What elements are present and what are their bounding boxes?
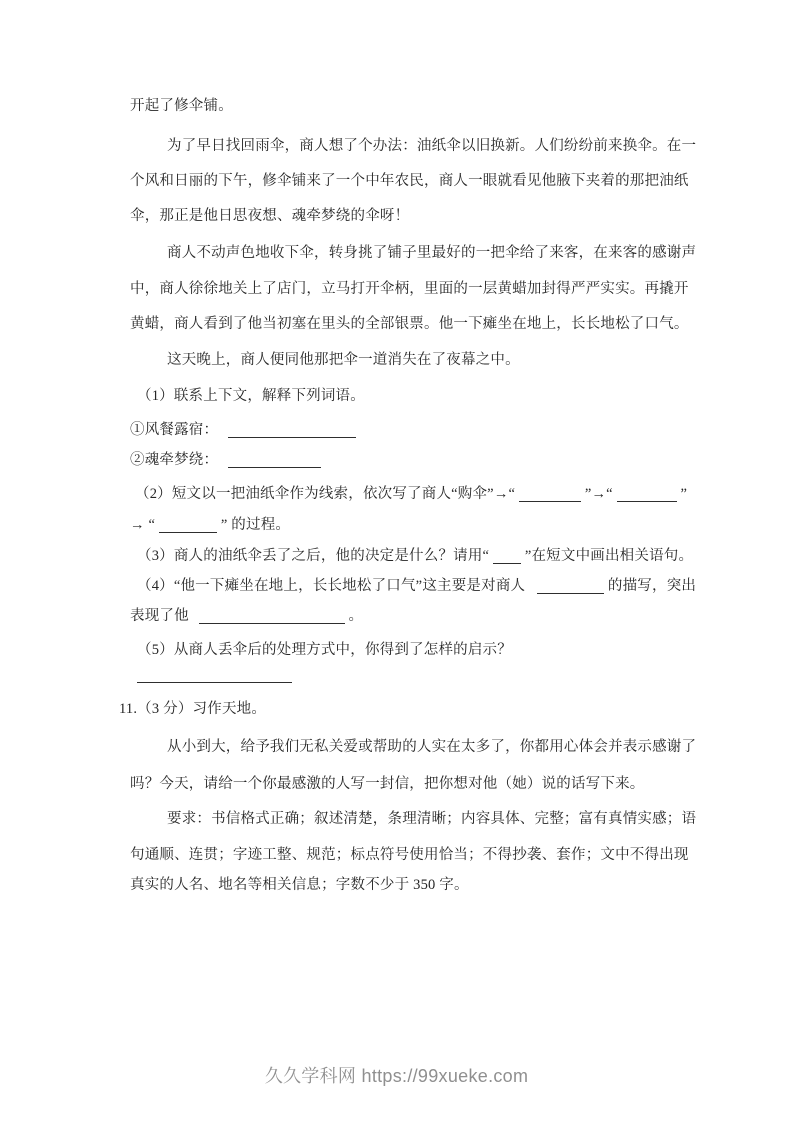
q1-item1-answer-blank — [228, 425, 356, 438]
q2-text-c: ” — [680, 486, 687, 502]
q2-text-b: ”→“ — [585, 486, 613, 502]
question-4-line-1: （4）“他一下瘫坐在地上，长长地松了口气”这主要是对商人 的描写，突出 — [137, 576, 696, 596]
question-3: （3）商人的油纸伞丢了之后，他的决定是什么？请用“ ”在短文中画出相关语句。 — [137, 546, 693, 566]
passage-line-8: 这天晚上，商人便同他那把伞一道消失在了夜幕之中。 — [167, 350, 520, 370]
q3-text-b: ”在短文中画出相关语句。 — [525, 548, 693, 564]
q4-answer-blank-1 — [537, 581, 604, 594]
q4-text-b: 的描写，突出 — [608, 578, 696, 594]
q4-text-c: 表现了他 — [130, 608, 189, 624]
site-watermark: 久久学科网 https://99xueke.com — [0, 1062, 793, 1088]
q2-answer-blank-3 — [159, 520, 217, 533]
question-1-item-2: ②魂牵梦绕： — [130, 450, 321, 470]
q2-text-e: ” 的过程。 — [221, 517, 290, 533]
question-11-header: 11.（3 分）习作天地。 — [119, 699, 266, 719]
q3-text-a: （3）商人的油纸伞丢了之后，他的决定是什么？请用“ — [137, 548, 489, 564]
q2-answer-blank-1 — [519, 489, 581, 502]
passage-line-6: 中，商人徐徐地关上了店门，立马打开伞柄，里面的一层黄蜡加封得严严实实。再撬开 — [130, 279, 689, 299]
question-2-line-2: → “ ” 的过程。 — [130, 515, 290, 535]
passage-line-1: 开起了修伞铺。 — [130, 96, 233, 116]
q5-answer-blank — [137, 668, 292, 683]
q11-requirements-line-3: 真实的人名、地名等相关信息；字数不少于 350 字。 — [130, 875, 469, 895]
question-2-line-1: （2）短文以一把油纸伞作为线索，依次写了商人“购伞”→“ ”→“ ” — [135, 484, 687, 504]
q4-text-d: 。 — [348, 608, 363, 624]
question-1-item-1: ①风餐露宿： — [130, 420, 356, 440]
q1-item1-label: ①风餐露宿： — [130, 422, 218, 438]
question-1-label: （1）联系上下文，解释下列词语。 — [137, 386, 365, 406]
q2-text-d: → “ — [130, 517, 155, 533]
q1-item2-label: ②魂牵梦绕： — [130, 452, 218, 468]
q4-answer-blank-2 — [199, 611, 345, 624]
exam-page: 开起了修伞铺。 为了早日找回雨伞，商人想了个办法：油纸伞以旧换新。人们纷纷前来换… — [0, 0, 793, 1122]
passage-line-2: 为了早日找回雨伞，商人想了个办法：油纸伞以旧换新。人们纷纷前来换伞。在一 — [167, 136, 696, 156]
question-5-label: （5）从商人丢伞后的处理方式中，你得到了怎样的启示？ — [137, 640, 512, 660]
passage-line-4: 伞，那正是他日思夜想、魂牵梦绕的伞呀！ — [130, 206, 409, 226]
passage-line-5: 商人不动声色地收下伞，转身挑了铺子里最好的一把伞给了来客，在来客的感谢声 — [167, 243, 696, 263]
q3-underline-mark — [493, 551, 521, 564]
q2-text-a: （2）短文以一把油纸伞作为线索，依次写了商人“购伞”→“ — [135, 486, 515, 502]
q4-text-a: （4）“他一下瘫坐在地上，长长地松了口气”这主要是对商人 — [137, 578, 525, 594]
q11-requirements-line-2: 句通顺、连贯；字迹工整、规范；标点符号使用恰当；不得抄袭、套作；文中不得出现 — [130, 845, 689, 865]
q1-item2-answer-blank — [228, 455, 321, 468]
passage-line-3: 个风和日丽的下午，修伞铺来了一个中年农民，商人一眼就看见他腋下夹着的那把油纸 — [130, 171, 689, 191]
q11-requirements-line-1: 要求：书信格式正确；叙述清楚，条理清晰；内容具体、完整；富有真情实感；语 — [167, 809, 696, 829]
question-4-line-2: 表现了他 。 — [130, 606, 363, 626]
q2-answer-blank-2 — [617, 489, 677, 502]
q11-prompt-line-1: 从小到大，给予我们无私关爱或帮助的人实在太多了，你都用心体会并表示感谢了 — [167, 737, 696, 757]
passage-line-7: 黄蜡，商人看到了他当初塞在里头的全部银票。他一下瘫坐在地上，长长地松了口气。 — [130, 314, 689, 334]
q11-prompt-line-2: 吗？今天，请给一个你最感激的人写一封信，把你想对他（她）说的话写下来。 — [130, 774, 645, 794]
